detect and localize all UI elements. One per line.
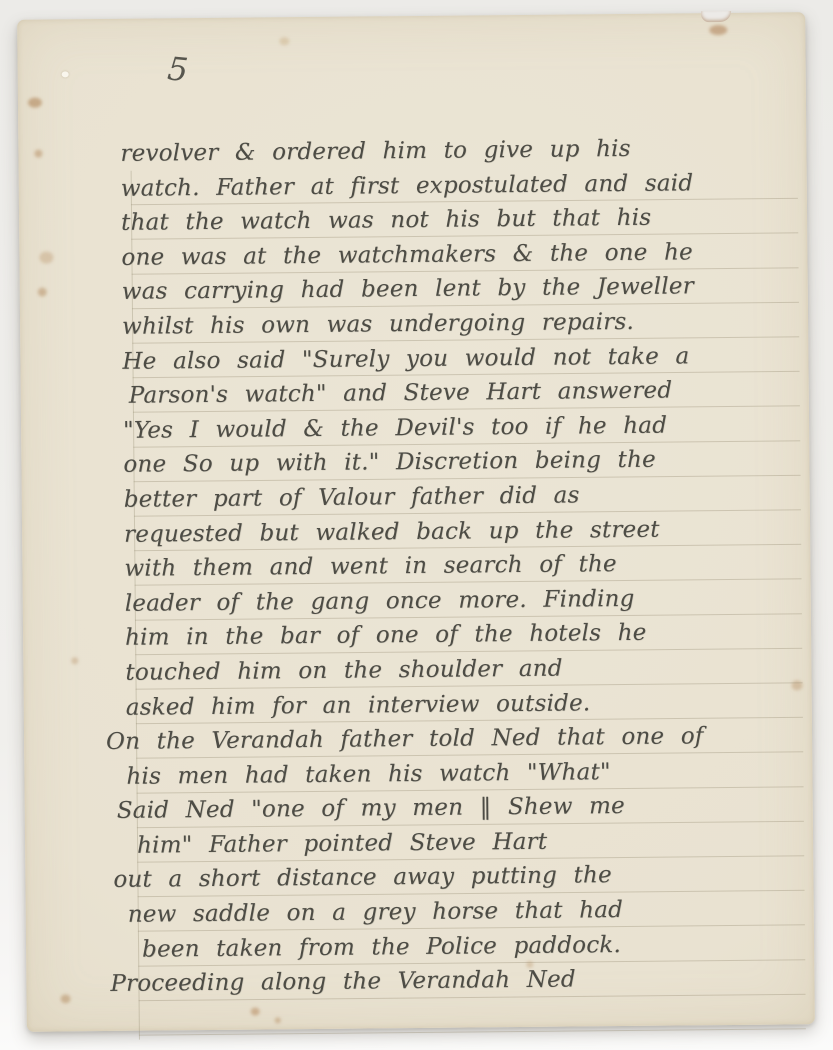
manuscript-line: On the Verandah father told Ned that one…: [102, 718, 802, 759]
manuscript-page: 5 revolver & ordered him to give up his …: [17, 12, 815, 1032]
foxing-spot: [34, 150, 42, 158]
paper-chip: [62, 71, 69, 77]
manuscript-line: Proceeding along the Verandah Ned: [104, 961, 804, 1002]
foxing-spot: [709, 25, 727, 35]
foxing-spot: [28, 98, 42, 108]
foxing-spot: [61, 994, 71, 1003]
foxing-spot: [39, 251, 53, 263]
page-number: 5: [166, 49, 190, 89]
photo-background: 5 revolver & ordered him to give up his …: [0, 0, 833, 1050]
manuscript-text: revolver & ordered him to give up his wa…: [96, 130, 804, 1002]
foxing-spot: [279, 37, 289, 45]
manuscript-line: watch. Father at first expostulated and …: [97, 165, 797, 206]
foxing-spot: [71, 657, 78, 664]
manuscript-line: was carrying had been lent by the Jewell…: [98, 269, 798, 310]
foxing-spot: [38, 288, 47, 297]
paper-tear: [701, 11, 731, 22]
